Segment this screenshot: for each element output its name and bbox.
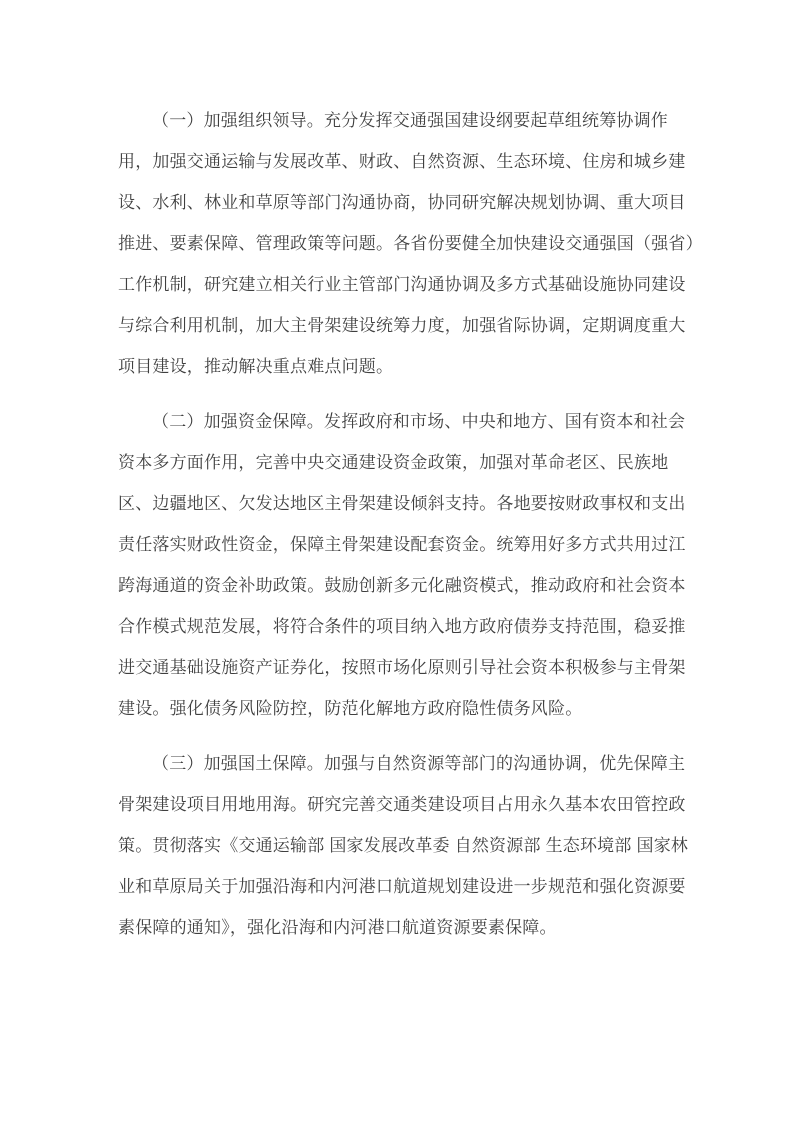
paragraph-land-guarantee: （三）加强国土保障。加强与自然资源等部门的沟通协调，优先保障主骨架建设项目用地用… bbox=[118, 743, 697, 948]
paragraph-organizational-leadership: （一）加强组织领导。充分发挥交通强国建设纲要起草组统筹协调作用，加强交通运输与发… bbox=[118, 100, 697, 387]
document-page: （一）加强组织领导。充分发挥交通强国建设纲要起草组统筹协调作用，加强交通运输与发… bbox=[0, 0, 793, 1122]
paragraph-funding-guarantee: （二）加强资金保障。发挥政府和市场、中央和地方、国有资本和社会资本多方面作用，完… bbox=[118, 401, 697, 729]
